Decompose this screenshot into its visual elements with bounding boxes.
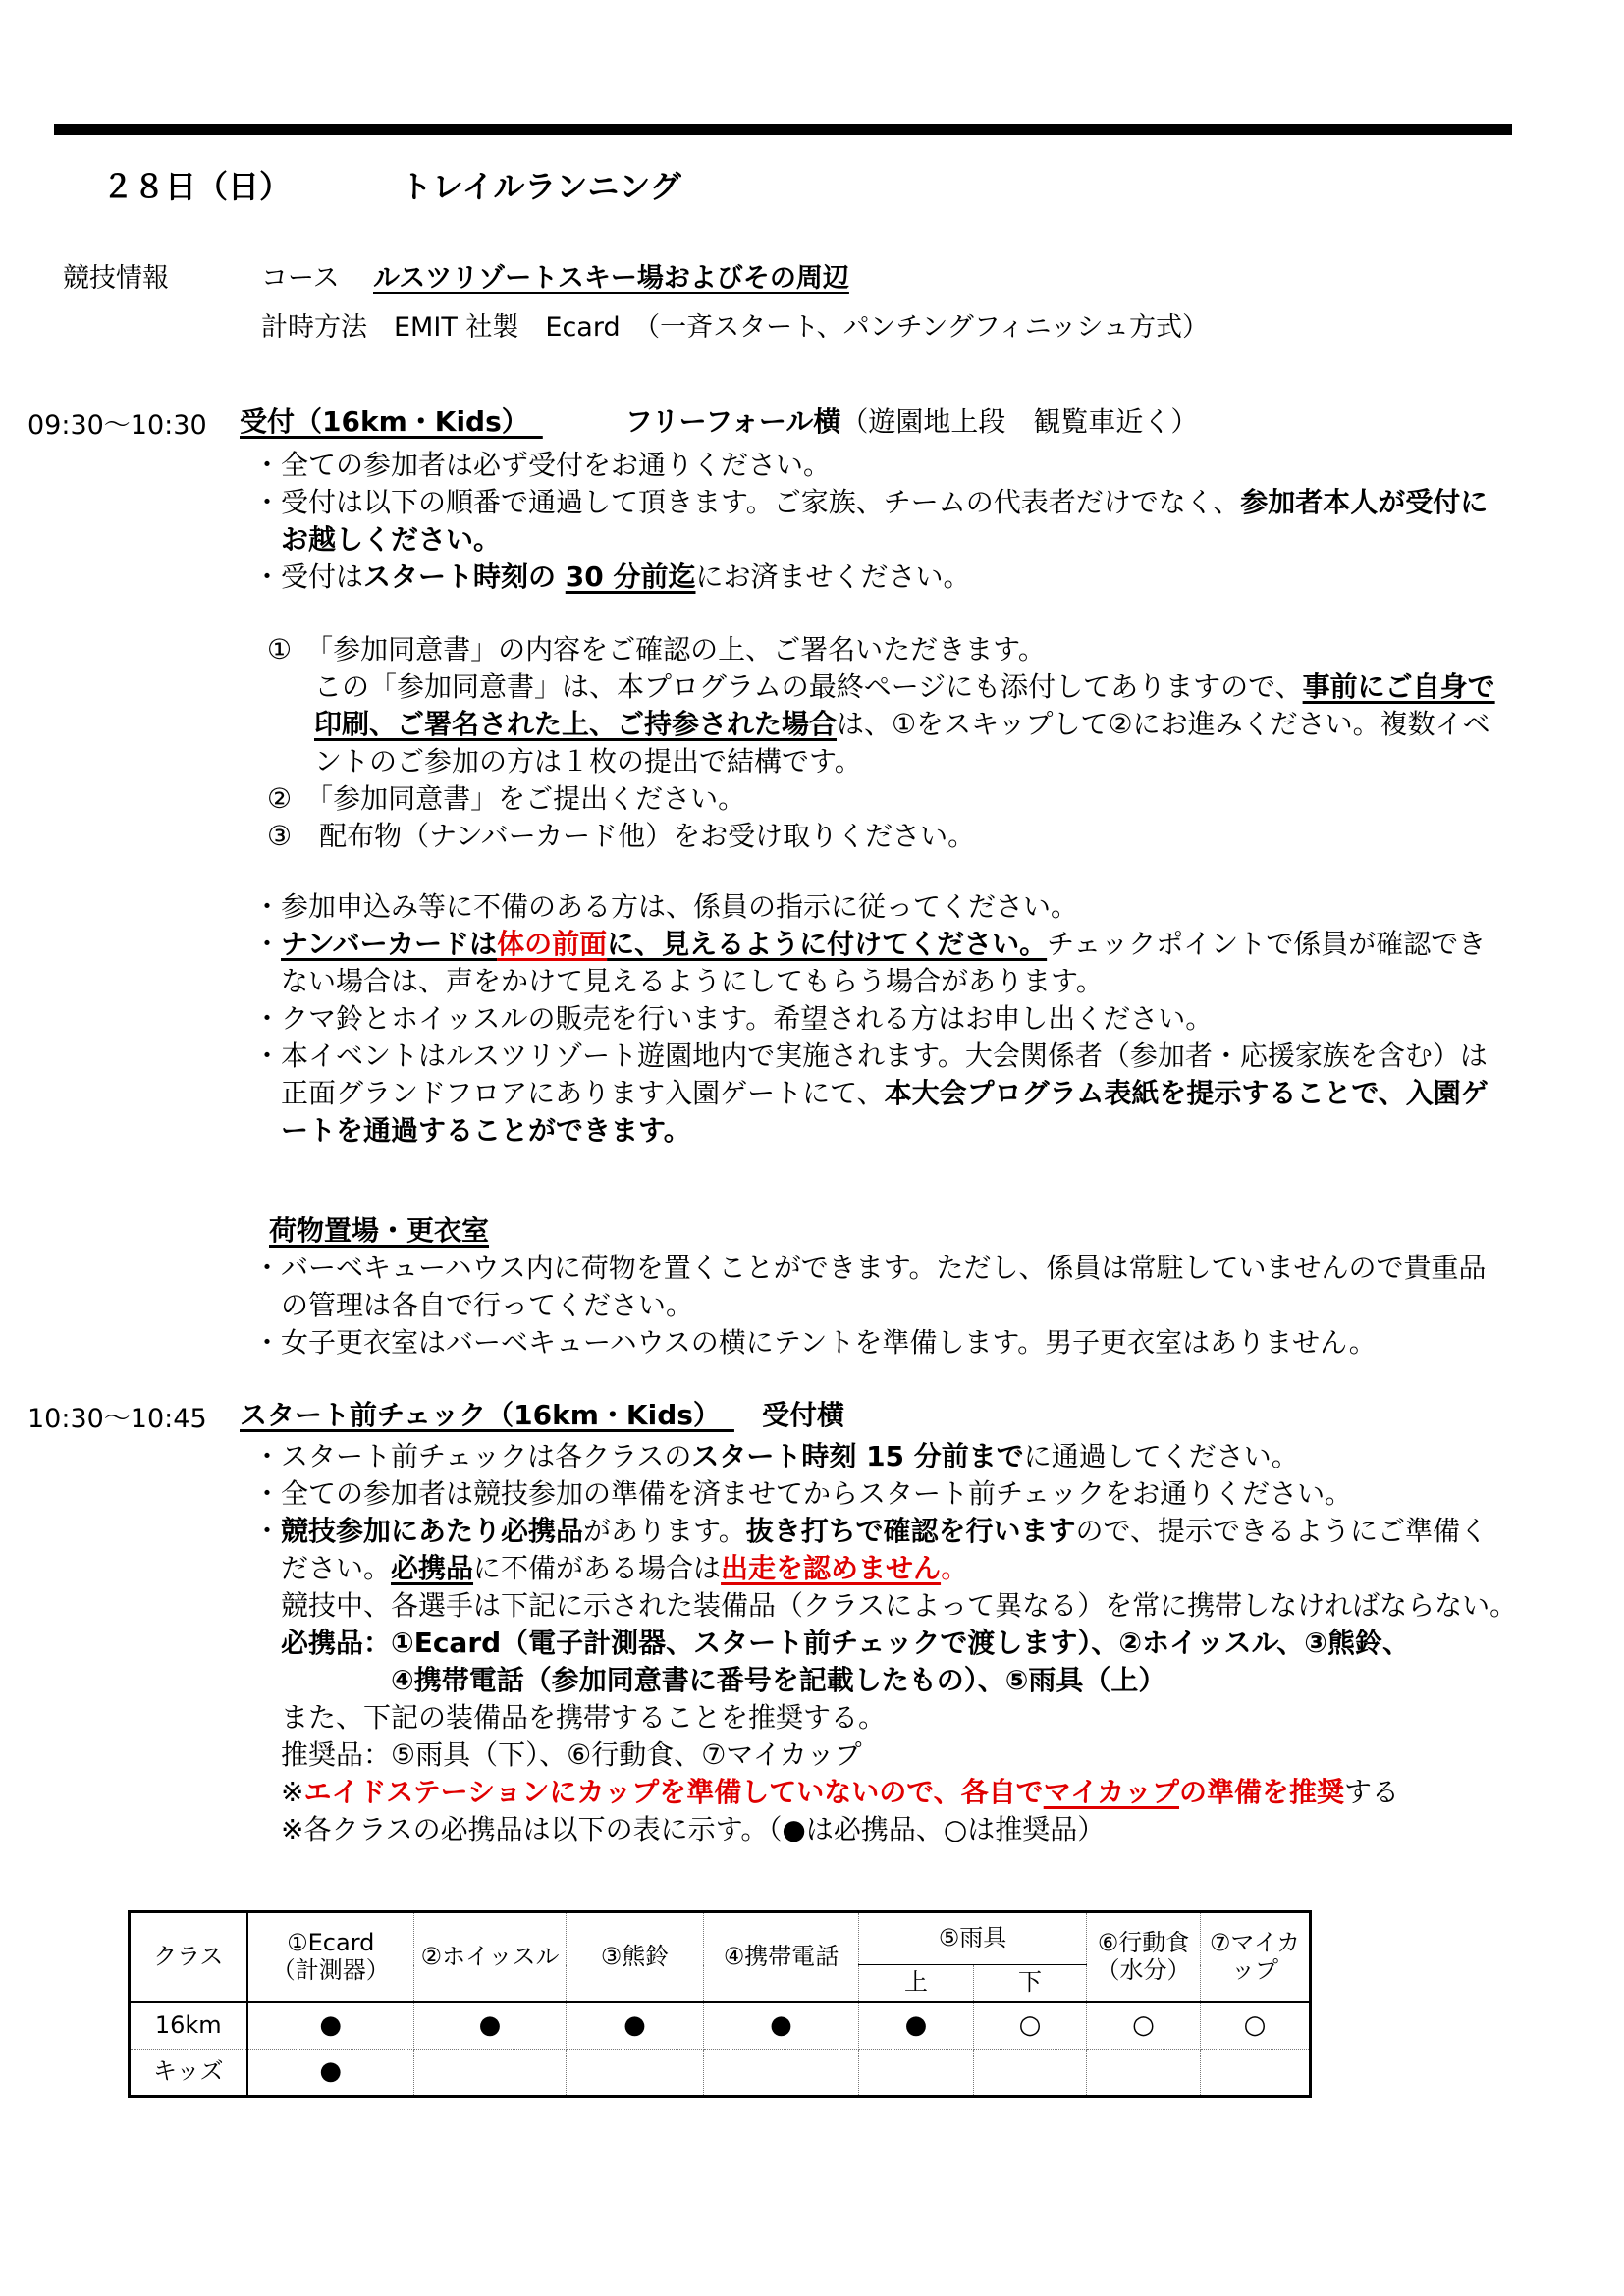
text-segment <box>543 405 625 438</box>
text-segment: ・クマ鈴とホイッスルの販売を行います。希望される方はお申し出ください。 <box>253 1002 1213 1035</box>
required-mark: ● <box>859 2002 974 2050</box>
text-segment: マイカップ <box>1044 1776 1179 1808</box>
recommended-mark: ○ <box>1087 2002 1201 2050</box>
empty-cell <box>1201 2050 1311 2097</box>
text-segment: ・ <box>253 928 281 960</box>
text-segment: スタート時刻の <box>363 561 566 593</box>
text-segment: 受付（16km・Kids） <box>240 405 543 438</box>
text-line: この「参加同意書」は、本プログラムの最終ページにも添付してありますので、事前にご… <box>314 669 1495 705</box>
empty-cell <box>567 2050 704 2097</box>
required-mark: ● <box>704 2002 859 2050</box>
section-1-time: 09:30～10:30 <box>27 408 207 443</box>
col-header-bell: ③熊鈴 <box>567 1912 704 2002</box>
text-segment: ートを通過することができます。 <box>281 1114 691 1147</box>
col-header-class: クラス <box>130 1912 247 2002</box>
text-line: 競技中、各選手は下記に示された装備品（クラスによって異なる）を常に携帯しなければ… <box>281 1588 1517 1624</box>
text-line: ・クマ鈴とホイッスルの販売を行います。希望される方はお申し出ください。 <box>253 1001 1213 1037</box>
text-segment: ・全ての参加者は必ず受付をお通りください。 <box>253 449 831 481</box>
text-line: ・受付は以下の順番で通過して頂きます。ご家族、チームの代表者だけでなく、参加者本… <box>253 485 1488 520</box>
text-segment: 競技中、各選手は下記に示された装備品（クラスによって異なる）を常に携帯しなければ… <box>281 1589 1517 1622</box>
course-value: ルスツリゾートスキー場およびその周辺 <box>373 261 849 295</box>
text-segment: 10:30～10:45 <box>27 1404 207 1434</box>
text-segment: コース <box>261 263 340 294</box>
text-segment: 印刷、ご署名された上、ご持参された場合 <box>314 708 837 740</box>
text-segment: 正面グランドフロアにあります入園ゲートにて、 <box>281 1077 885 1109</box>
text-line: 推奨品：⑤雨具（下）、⑥行動食、⑦マイカップ <box>281 1737 862 1773</box>
text-segment: ・受付は <box>253 561 363 593</box>
col-header-cup: ⑦マイカップ <box>1201 1912 1311 2002</box>
text-segment: ② 「参加同意書」をご提出ください。 <box>267 782 745 815</box>
text-segment: にお済ませください。 <box>695 561 970 593</box>
text-line: ・受付はスタート時刻の 30 分前迄にお済ませください。 <box>253 560 971 595</box>
text-segment: ・スタート前チェックは各クラスの <box>253 1440 691 1472</box>
text-segment: ナンバーカードは <box>281 928 497 960</box>
text-segment: の準備を推奨 <box>1179 1776 1344 1808</box>
required-mark: ● <box>414 2002 567 2050</box>
text-line: ・スタート前チェックは各クラスのスタート時刻 15 分前までに通過してください。 <box>253 1439 1299 1474</box>
text-segment: 09:30～10:30 <box>27 410 207 441</box>
text-segment: 荷物置場・更衣室 <box>269 1214 489 1247</box>
text-segment: ※ <box>281 1776 303 1808</box>
text-line: ・全ての参加者は競技参加の準備を済ませてからスタート前チェックをお通りください。 <box>253 1476 1352 1512</box>
text-line: ・全ての参加者は必ず受付をお通りください。 <box>253 448 831 483</box>
text-segment: お越しください。 <box>281 523 501 556</box>
col-header-phone: ④携帯電話 <box>704 1912 859 2002</box>
text-segment: ・ <box>253 1515 281 1547</box>
text-segment: 計時方法 EMIT 社製 Ecard （一斉スタート、パンチングフィニッシュ方式… <box>261 312 1209 343</box>
text-line: ない場合は、声をかけて見えるようにしてもらう場合があります。 <box>281 964 1104 999</box>
text-segment: 本大会プログラム表紙を提示することで、入園ゲ <box>885 1077 1489 1109</box>
text-segment: 競技情報 <box>63 263 169 294</box>
text-segment: ③ 配布物（ナンバーカード他）をお受け取りください。 <box>267 820 975 852</box>
document-page: ２８日（日） トレイルランニング競技情報コースルスツリゾートスキー場およびその周… <box>0 0 1624 2296</box>
text-line: ださい。必携品に不備がある場合は出走を認めません。 <box>281 1551 968 1586</box>
text-segment: ので、提示できるようにご準備く <box>1076 1515 1488 1547</box>
text-segment: ① 「参加同意書」の内容をご確認の上、ご署名いただきます。 <box>267 633 1046 666</box>
col-header-rainwear: ⑤雨具 <box>859 1912 1087 1965</box>
text-segment: は、①をスキップして②にお進みください。複数イベ <box>837 708 1490 740</box>
top-rule <box>54 124 1512 135</box>
text-segment <box>734 1399 762 1431</box>
empty-cell <box>414 2050 567 2097</box>
text-segment: （遊園地上段 観覧車近く） <box>840 405 1198 438</box>
text-segment: ・受付は以下の順番で通過して頂きます。ご家族、チームの代表者だけでなく、 <box>253 486 1240 518</box>
text-segment: ・バーベキューハウス内に荷物を置くことができます。ただし、係員は常駐していません… <box>253 1252 1487 1284</box>
text-segment: 抜き打ちで確認を行います <box>746 1515 1076 1547</box>
text-segment: ④携帯電話（参加同意書に番号を記載したもの）、⑤雨具（上） <box>391 1664 1165 1696</box>
luggage-heading: 荷物置場・更衣室 <box>269 1213 489 1249</box>
text-line: の管理は各自で行ってください。 <box>281 1288 693 1323</box>
text-line: ートを通過することができます。 <box>281 1113 691 1148</box>
empty-cell <box>974 2050 1087 2097</box>
col-header-food: ⑥行動食 （水分） <box>1087 1912 1201 2002</box>
text-line: ・本イベントはルスツリゾート遊園地内で実施されます。大会関係者（参加者・応援家族… <box>253 1039 1488 1074</box>
text-segment: ントのご参加の方は１枚の提出で結構です。 <box>314 745 862 777</box>
required-mark: ● <box>247 2050 414 2097</box>
col-header-rain-top: 上 <box>859 1965 974 2002</box>
text-segment: ・全ての参加者は競技参加の準備を済ませてからスタート前チェックをお通りください。 <box>253 1477 1352 1510</box>
empty-cell <box>704 2050 859 2097</box>
col-header-rain-bottom: 下 <box>974 1965 1087 2002</box>
class-cell: 16km <box>130 2002 247 2050</box>
table-row: キッズ● <box>130 2050 1311 2097</box>
timing-method: 計時方法 EMIT 社製 Ecard （一斉スタート、パンチングフィニッシュ方式… <box>261 310 1209 345</box>
text-segment: ・女子更衣室はバーベキューハウスの横にテントを準備します。男子更衣室はありません… <box>253 1326 1377 1359</box>
text-line: ・ナンバーカードは体の前面に、見えるように付けてください。チェックポイントで係員… <box>253 927 1486 962</box>
text-line: ③ 配布物（ナンバーカード他）をお受け取りください。 <box>267 819 975 854</box>
equipment-table: クラス ①Ecard （計測器） ②ホイッスル ③熊鈴 ④携帯電話 ⑤雨具 ⑥行… <box>128 1910 1312 2098</box>
course-label: コース <box>261 261 340 295</box>
text-segment: 必携品：①Ecard（電子計測器、スタート前チェックで渡します）、②ホイッスル、… <box>281 1627 1410 1659</box>
text-segment: に、見えるように付けてください。 <box>607 928 1047 960</box>
text-segment: エイドステーションにカップを準備していないので、各自で <box>303 1776 1043 1808</box>
text-segment: ２８日（日） トレイルランニング <box>102 168 681 205</box>
text-line: ② 「参加同意書」をご提出ください。 <box>267 781 745 817</box>
text-line: ・参加申込み等に不備のある方は、係員の指示に従ってください。 <box>253 889 1078 925</box>
section-1-heading: 受付（16km・Kids） フリーフォール横（遊園地上段 観覧車近く） <box>240 404 1198 440</box>
text-segment: 必携品 <box>391 1552 473 1584</box>
text-segment: 30 分前迄 <box>566 561 696 593</box>
text-line: ① 「参加同意書」の内容をご確認の上、ご署名いただきます。 <box>267 632 1046 667</box>
text-segment: 推奨品：⑤雨具（下）、⑥行動食、⑦マイカップ <box>281 1738 862 1771</box>
text-segment: ない場合は、声をかけて見えるようにしてもらう場合があります。 <box>281 965 1104 997</box>
text-line: また、下記の装備品を携帯することを推奨する。 <box>281 1700 886 1735</box>
text-line: 正面グランドフロアにあります入園ゲートにて、本大会プログラム表紙を提示することで… <box>281 1076 1489 1111</box>
table-header-row: クラス ①Ecard （計測器） ②ホイッスル ③熊鈴 ④携帯電話 ⑤雨具 ⑥行… <box>130 1912 1311 1965</box>
text-segment: する <box>1344 1776 1399 1808</box>
col-header-food-line1: ⑥行動食 <box>1087 1930 1200 1957</box>
text-line: ※エイドステーションにカップを準備していないので、各自でマイカップの準備を推奨す… <box>281 1775 1399 1810</box>
recommended-mark: ○ <box>974 2002 1087 2050</box>
empty-cell <box>1087 2050 1201 2097</box>
text-line: お越しください。 <box>281 522 501 558</box>
section-2-heading: スタート前チェック（16km・Kids） 受付横 <box>240 1398 844 1433</box>
required-mark: ● <box>247 2002 414 2050</box>
text-segment: 体の前面 <box>497 928 607 960</box>
text-line: ※各クラスの必携品は以下の表に示す。（●は必携品、○は推奨品） <box>281 1812 1105 1847</box>
col-header-ecard-line1: ①Ecard <box>248 1930 414 1957</box>
text-segment: チェックポイントで係員が確認でき <box>1047 928 1486 960</box>
class-cell: キッズ <box>130 2050 247 2097</box>
text-segment: 受付横 <box>762 1399 844 1431</box>
info-label: 競技情報 <box>63 261 169 295</box>
text-segment: この「参加同意書」は、本プログラムの最終ページにも添付してありますので、 <box>314 670 1303 703</box>
page-title: ２８日（日） トレイルランニング <box>102 167 681 208</box>
text-segment: 事前にご自身で <box>1303 670 1495 703</box>
section-2-time: 10:30～10:45 <box>27 1402 207 1436</box>
col-header-ecard: ①Ecard （計測器） <box>247 1912 414 2002</box>
text-line: ントのご参加の方は１枚の提出で結構です。 <box>314 744 862 779</box>
col-header-whistle: ②ホイッスル <box>414 1912 567 2002</box>
text-segment: ルスツリゾートスキー場およびその周辺 <box>373 263 849 294</box>
text-segment: ださい。 <box>281 1552 391 1584</box>
text-segment: に不備がある場合は <box>473 1552 721 1584</box>
text-segment: また、下記の装備品を携帯することを推奨する。 <box>281 1701 886 1734</box>
text-line: ④携帯電話（参加同意書に番号を記載したもの）、⑤雨具（上） <box>391 1663 1165 1698</box>
empty-cell <box>859 2050 974 2097</box>
text-line: 印刷、ご署名された上、ご持参された場合は、①をスキップして②にお進みください。複… <box>314 707 1490 742</box>
text-segment: 。 <box>941 1552 968 1584</box>
text-line: ・女子更衣室はバーベキューハウスの横にテントを準備します。男子更衣室はありません… <box>253 1325 1377 1361</box>
text-line: ・競技参加にあたり必携品があります。抜き打ちで確認を行いますので、提示できるよう… <box>253 1514 1488 1549</box>
required-mark: ● <box>567 2002 704 2050</box>
text-segment: に通過してください。 <box>1024 1440 1299 1472</box>
text-line: ・バーベキューハウス内に荷物を置くことができます。ただし、係員は常駐していません… <box>253 1251 1487 1286</box>
text-segment: ※各クラスの必携品は以下の表に示す。（●は必携品、○は推奨品） <box>281 1813 1105 1845</box>
recommended-mark: ○ <box>1201 2002 1311 2050</box>
text-segment: スタート時刻 15 分前まで <box>691 1440 1023 1472</box>
text-segment: フリーフォール横 <box>625 405 841 438</box>
table-row: 16km●●●●●○○○ <box>130 2002 1311 2050</box>
text-segment: ・本イベントはルスツリゾート遊園地内で実施されます。大会関係者（参加者・応援家族… <box>253 1040 1488 1072</box>
text-segment: ・参加申込み等に不備のある方は、係員の指示に従ってください。 <box>253 890 1078 923</box>
text-segment: の管理は各自で行ってください。 <box>281 1289 693 1321</box>
text-segment: があります。 <box>583 1515 746 1547</box>
text-line: 必携品：①Ecard（電子計測器、スタート前チェックで渡します）、②ホイッスル、… <box>281 1626 1410 1661</box>
equipment-table-body: 16km●●●●●○○○キッズ● <box>130 2002 1311 2097</box>
text-segment: 競技参加にあたり必携品 <box>281 1515 583 1547</box>
col-header-ecard-line2: （計測器） <box>248 1957 414 1985</box>
text-segment: 参加者本人が受付に <box>1240 486 1488 518</box>
text-segment: 出走を認めません <box>721 1552 941 1584</box>
text-segment: スタート前チェック（16km・Kids） <box>240 1399 734 1431</box>
col-header-food-line2: （水分） <box>1087 1957 1200 1985</box>
